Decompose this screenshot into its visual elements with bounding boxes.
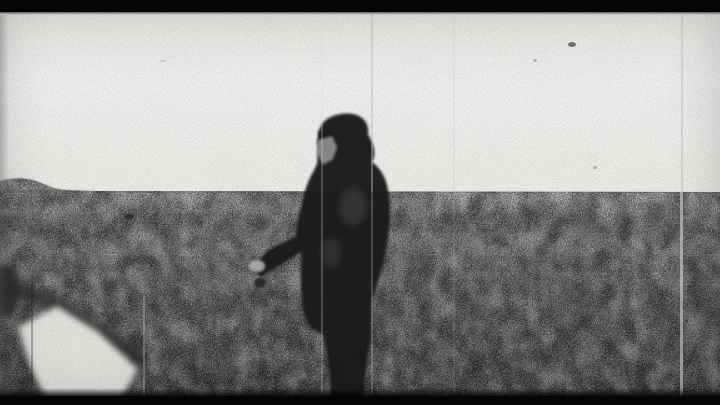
- letterbox-bottom-fade: [0, 388, 720, 396]
- film-frame: [0, 0, 720, 405]
- letterbox-bottom: [0, 396, 720, 405]
- left-edge-shade: [0, 12, 9, 394]
- frame-grain: [0, 12, 720, 398]
- letterbox-top: [0, 0, 720, 12]
- film-still-canvas: [0, 0, 720, 405]
